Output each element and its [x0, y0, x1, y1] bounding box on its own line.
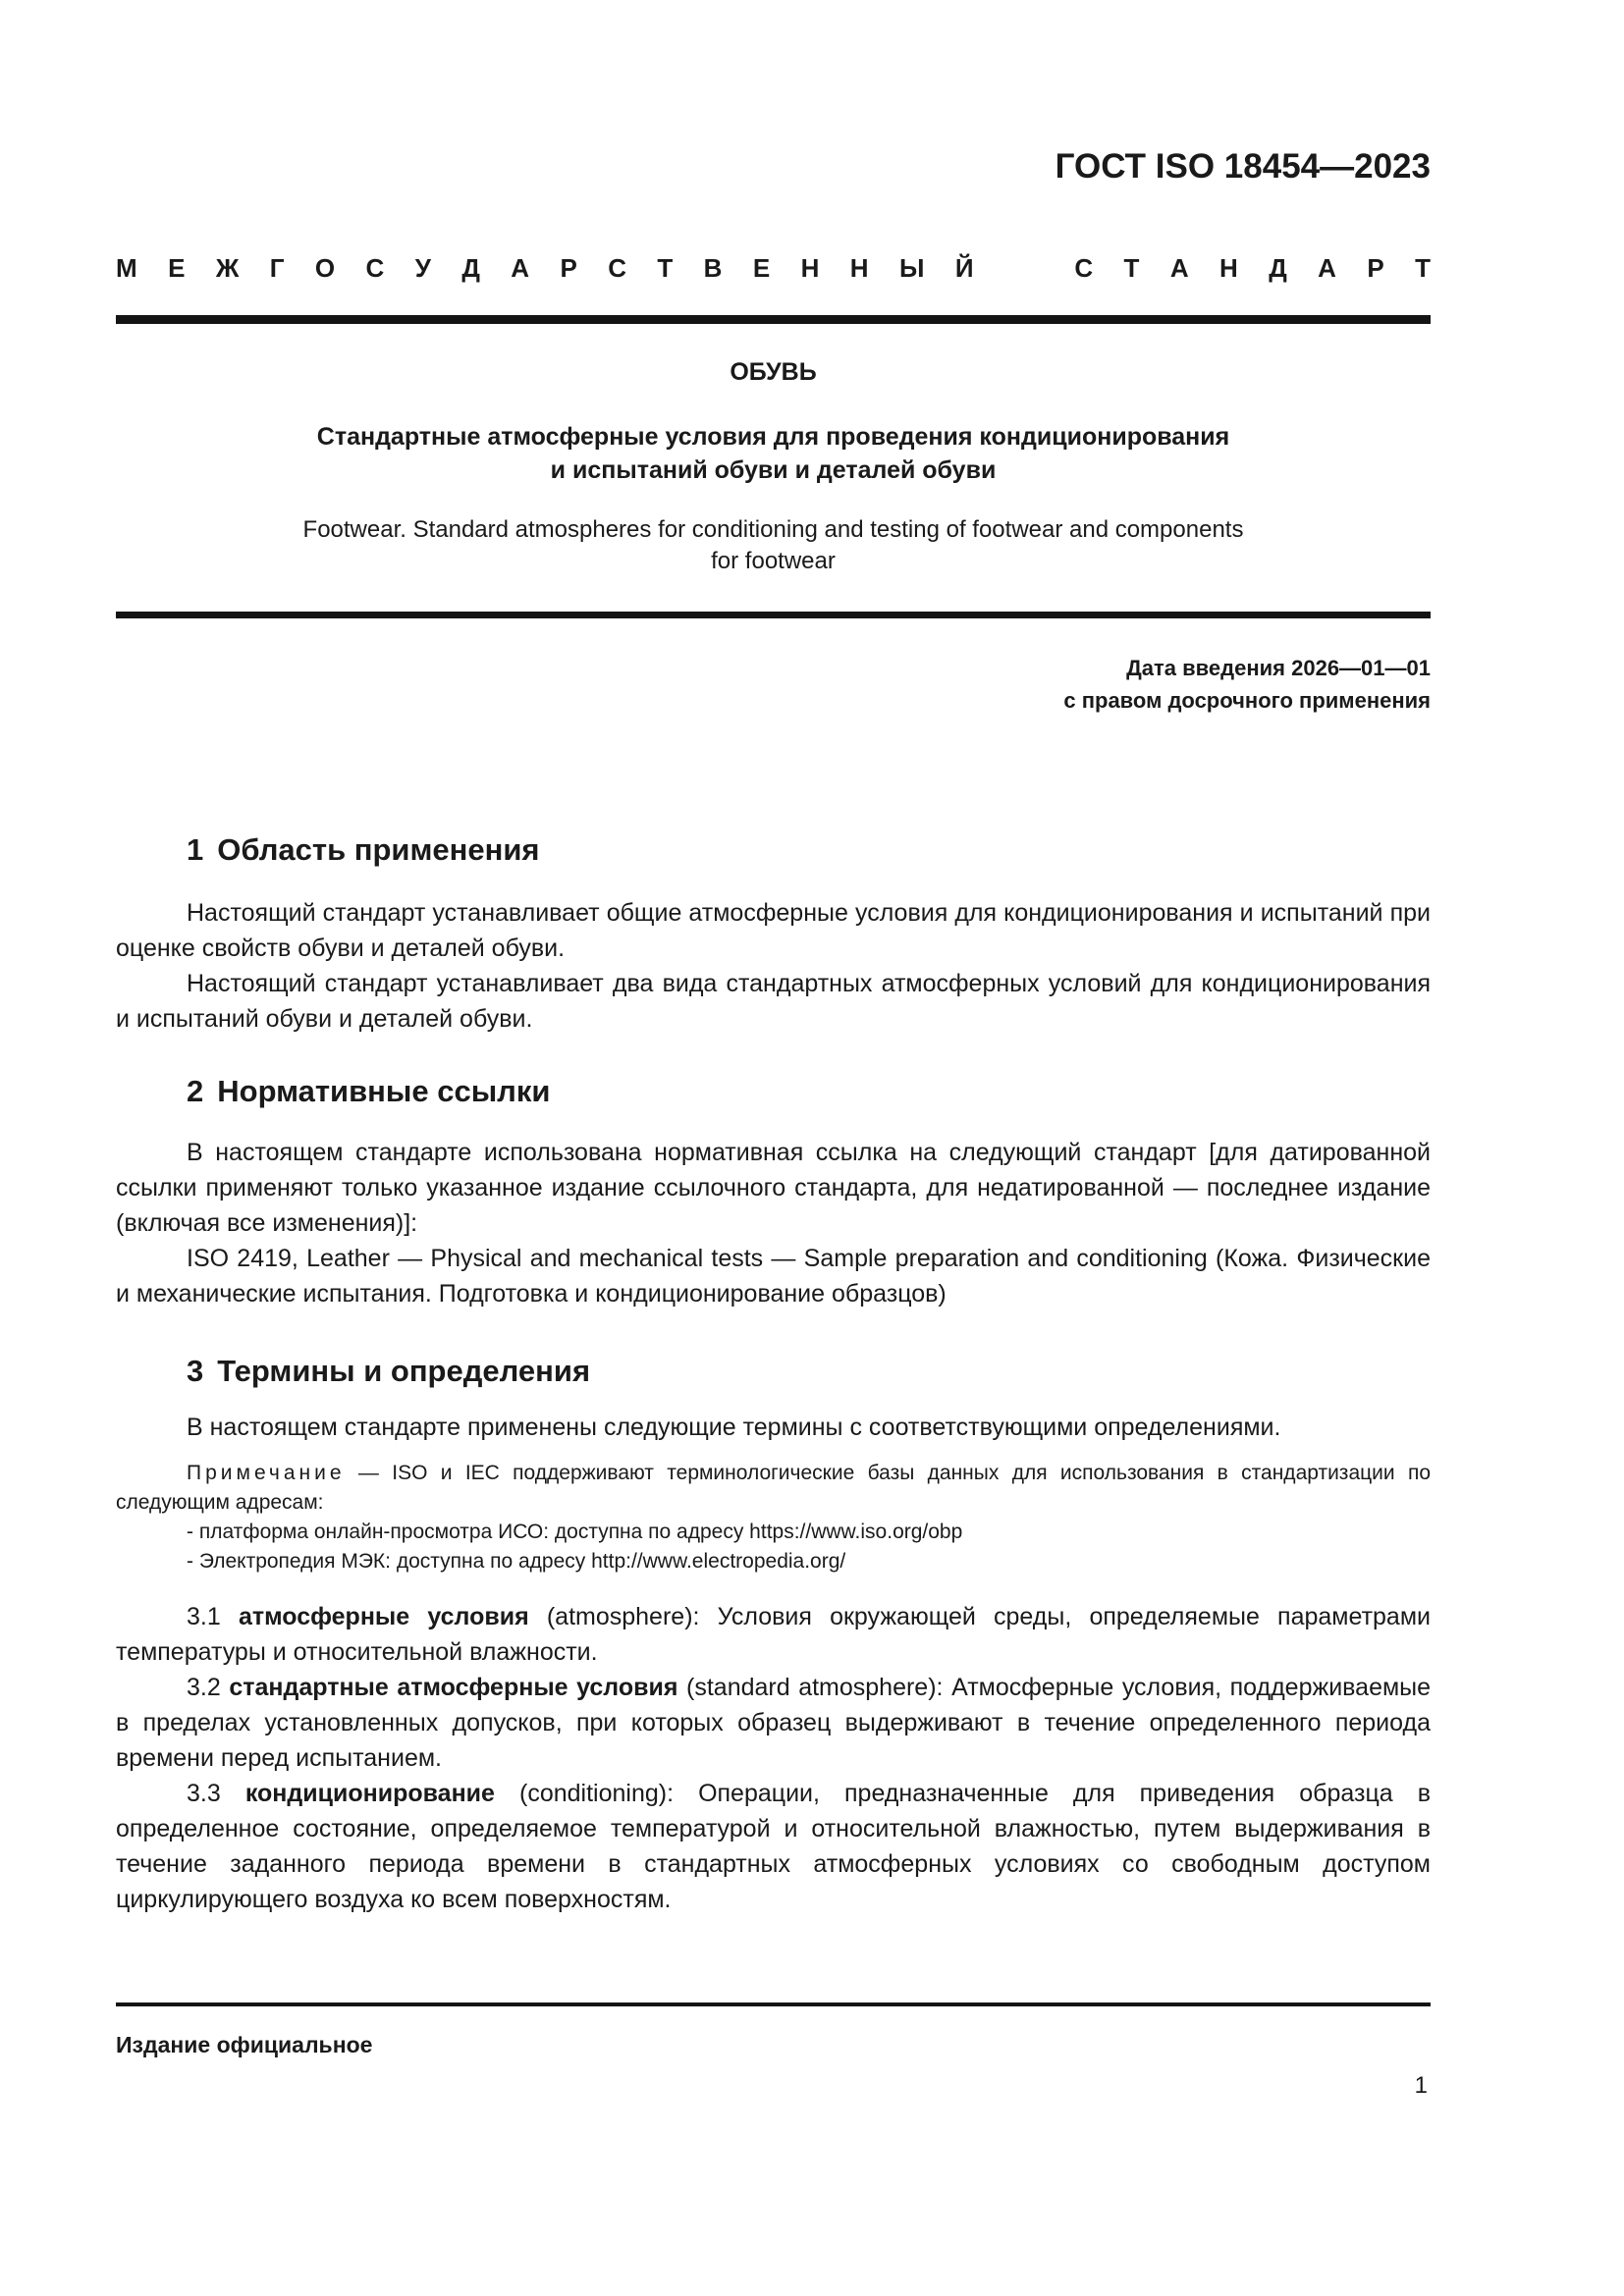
term-english: (standard atmosphere):: [686, 1674, 943, 1701]
heading-letter: Г: [270, 253, 285, 283]
heading-letter: Е: [753, 253, 770, 283]
footer-rule: [116, 2002, 1431, 2006]
term-definitions: 3.1 атмосферные условия (atmosphere): Ус…: [116, 1599, 1431, 1917]
paragraph: В настоящем стандарте использована норма…: [116, 1135, 1431, 1241]
term-entry: 3.3 кондиционирование (conditioning): Оп…: [116, 1776, 1431, 1917]
note-label: Примечание: [187, 1462, 346, 1484]
section-title: Термины и определения: [217, 1354, 590, 1388]
reference-entry: ISO 2419, Leather — Physical and mechani…: [116, 1241, 1431, 1311]
paragraph: В настоящем стандарте применены следующи…: [116, 1410, 1431, 1445]
title-russian: Стандартные атмосферные условия для пров…: [116, 420, 1431, 487]
heading-letter: Т: [1415, 253, 1431, 283]
heading-letter: Ы: [899, 253, 924, 283]
heading-letter: Д: [1269, 253, 1287, 283]
page-number: 1: [1415, 2071, 1428, 2101]
term-english: (atmosphere):: [547, 1603, 700, 1630]
heading-letter: С: [1074, 253, 1093, 283]
heading-letter: А: [511, 253, 529, 283]
subject-title: ОБУВЬ: [116, 355, 1431, 389]
heading-letter: Т: [657, 253, 673, 283]
early-application-note: с правом досрочного применения: [1063, 684, 1431, 717]
section-number: 3: [187, 1354, 203, 1388]
title-russian-line-1: Стандартные атмосферные условия для пров…: [116, 420, 1431, 454]
word-gap: [1004, 253, 1044, 283]
heading-letter: А: [1170, 253, 1189, 283]
term-english: (conditioning):: [519, 1780, 674, 1807]
heading-letter: Р: [560, 253, 576, 283]
date-block: Дата введения 2026—01—01 с правом досроч…: [1063, 652, 1431, 717]
heading-letter: Й: [955, 253, 974, 283]
section-number: 2: [187, 1074, 203, 1108]
note-text: Примечание — ISO и IEC поддерживают терм…: [116, 1459, 1431, 1518]
term-name: кондиционирование: [245, 1780, 495, 1807]
heading-letter: Н: [1219, 253, 1238, 283]
title-english-line-1: Footwear. Standard atmospheres for condi…: [116, 514, 1431, 546]
note-list-item: - платформа онлайн-просмотра ИСО: доступ…: [116, 1518, 1431, 1547]
heading-letter: У: [415, 253, 431, 283]
top-rule: [116, 315, 1431, 324]
section-title: Область применения: [217, 832, 539, 867]
note-block: Примечание — ISO и IEC поддерживают терм…: [116, 1459, 1431, 1576]
standard-type-heading: МЕЖГОСУДАРСТВЕННЫЙСТАНДАРТ: [116, 253, 1431, 283]
heading-letter: Н: [801, 253, 820, 283]
heading-letter: Р: [1367, 253, 1383, 283]
heading-letter: Ж: [216, 253, 240, 283]
title-rule: [116, 612, 1431, 618]
title-english-line-2: for footwear: [116, 546, 1431, 577]
document-code: ГОСТ ISO 18454—2023: [1056, 147, 1431, 187]
heading-letter: М: [116, 253, 137, 283]
title-russian-line-2: и испытаний обуви и деталей обуви: [116, 454, 1431, 487]
note-list-item: - Электропедия МЭК: доступна по адресу h…: [116, 1547, 1431, 1576]
term-name: стандартные атмосферные условия: [229, 1674, 677, 1701]
official-edition-label: Издание официальное: [116, 2030, 1431, 2059]
paragraph: Настоящий стандарт устанавливает общие а…: [116, 895, 1431, 966]
term-number: 3.2: [187, 1674, 221, 1701]
introduction-date: Дата введения 2026—01—01: [1063, 652, 1431, 684]
heading-letter: Д: [461, 253, 480, 283]
section-heading-terms: 3Термины и определения: [116, 1352, 1501, 1391]
paragraph: Настоящий стандарт устанавливает два вид…: [116, 966, 1431, 1037]
title-english: Footwear. Standard atmospheres for condi…: [116, 514, 1431, 577]
section-number: 1: [187, 832, 203, 867]
term-entry: 3.2 стандартные атмосферные условия (sta…: [116, 1670, 1431, 1776]
heading-letter: Н: [850, 253, 869, 283]
section-heading-scope: 1Область применения: [116, 830, 1501, 870]
term-number: 3.3: [187, 1780, 221, 1807]
heading-letter: С: [366, 253, 385, 283]
term-entry: 3.1 атмосферные условия (atmosphere): Ус…: [116, 1599, 1431, 1670]
section-heading-normative-references: 2Нормативные ссылки: [116, 1072, 1501, 1111]
heading-letter: С: [608, 253, 626, 283]
heading-letter: О: [315, 253, 335, 283]
section-title: Нормативные ссылки: [217, 1074, 550, 1108]
heading-letter: В: [704, 253, 723, 283]
term-number: 3.1: [187, 1603, 221, 1630]
heading-letter: Т: [1124, 253, 1140, 283]
section-body-scope: Настоящий стандарт устанавливает общие а…: [116, 895, 1431, 1037]
term-name: атмосферные условия: [239, 1603, 529, 1630]
heading-letter: А: [1318, 253, 1336, 283]
section-body-normative-references: В настоящем стандарте использована норма…: [116, 1135, 1431, 1311]
heading-letter: Е: [168, 253, 185, 283]
